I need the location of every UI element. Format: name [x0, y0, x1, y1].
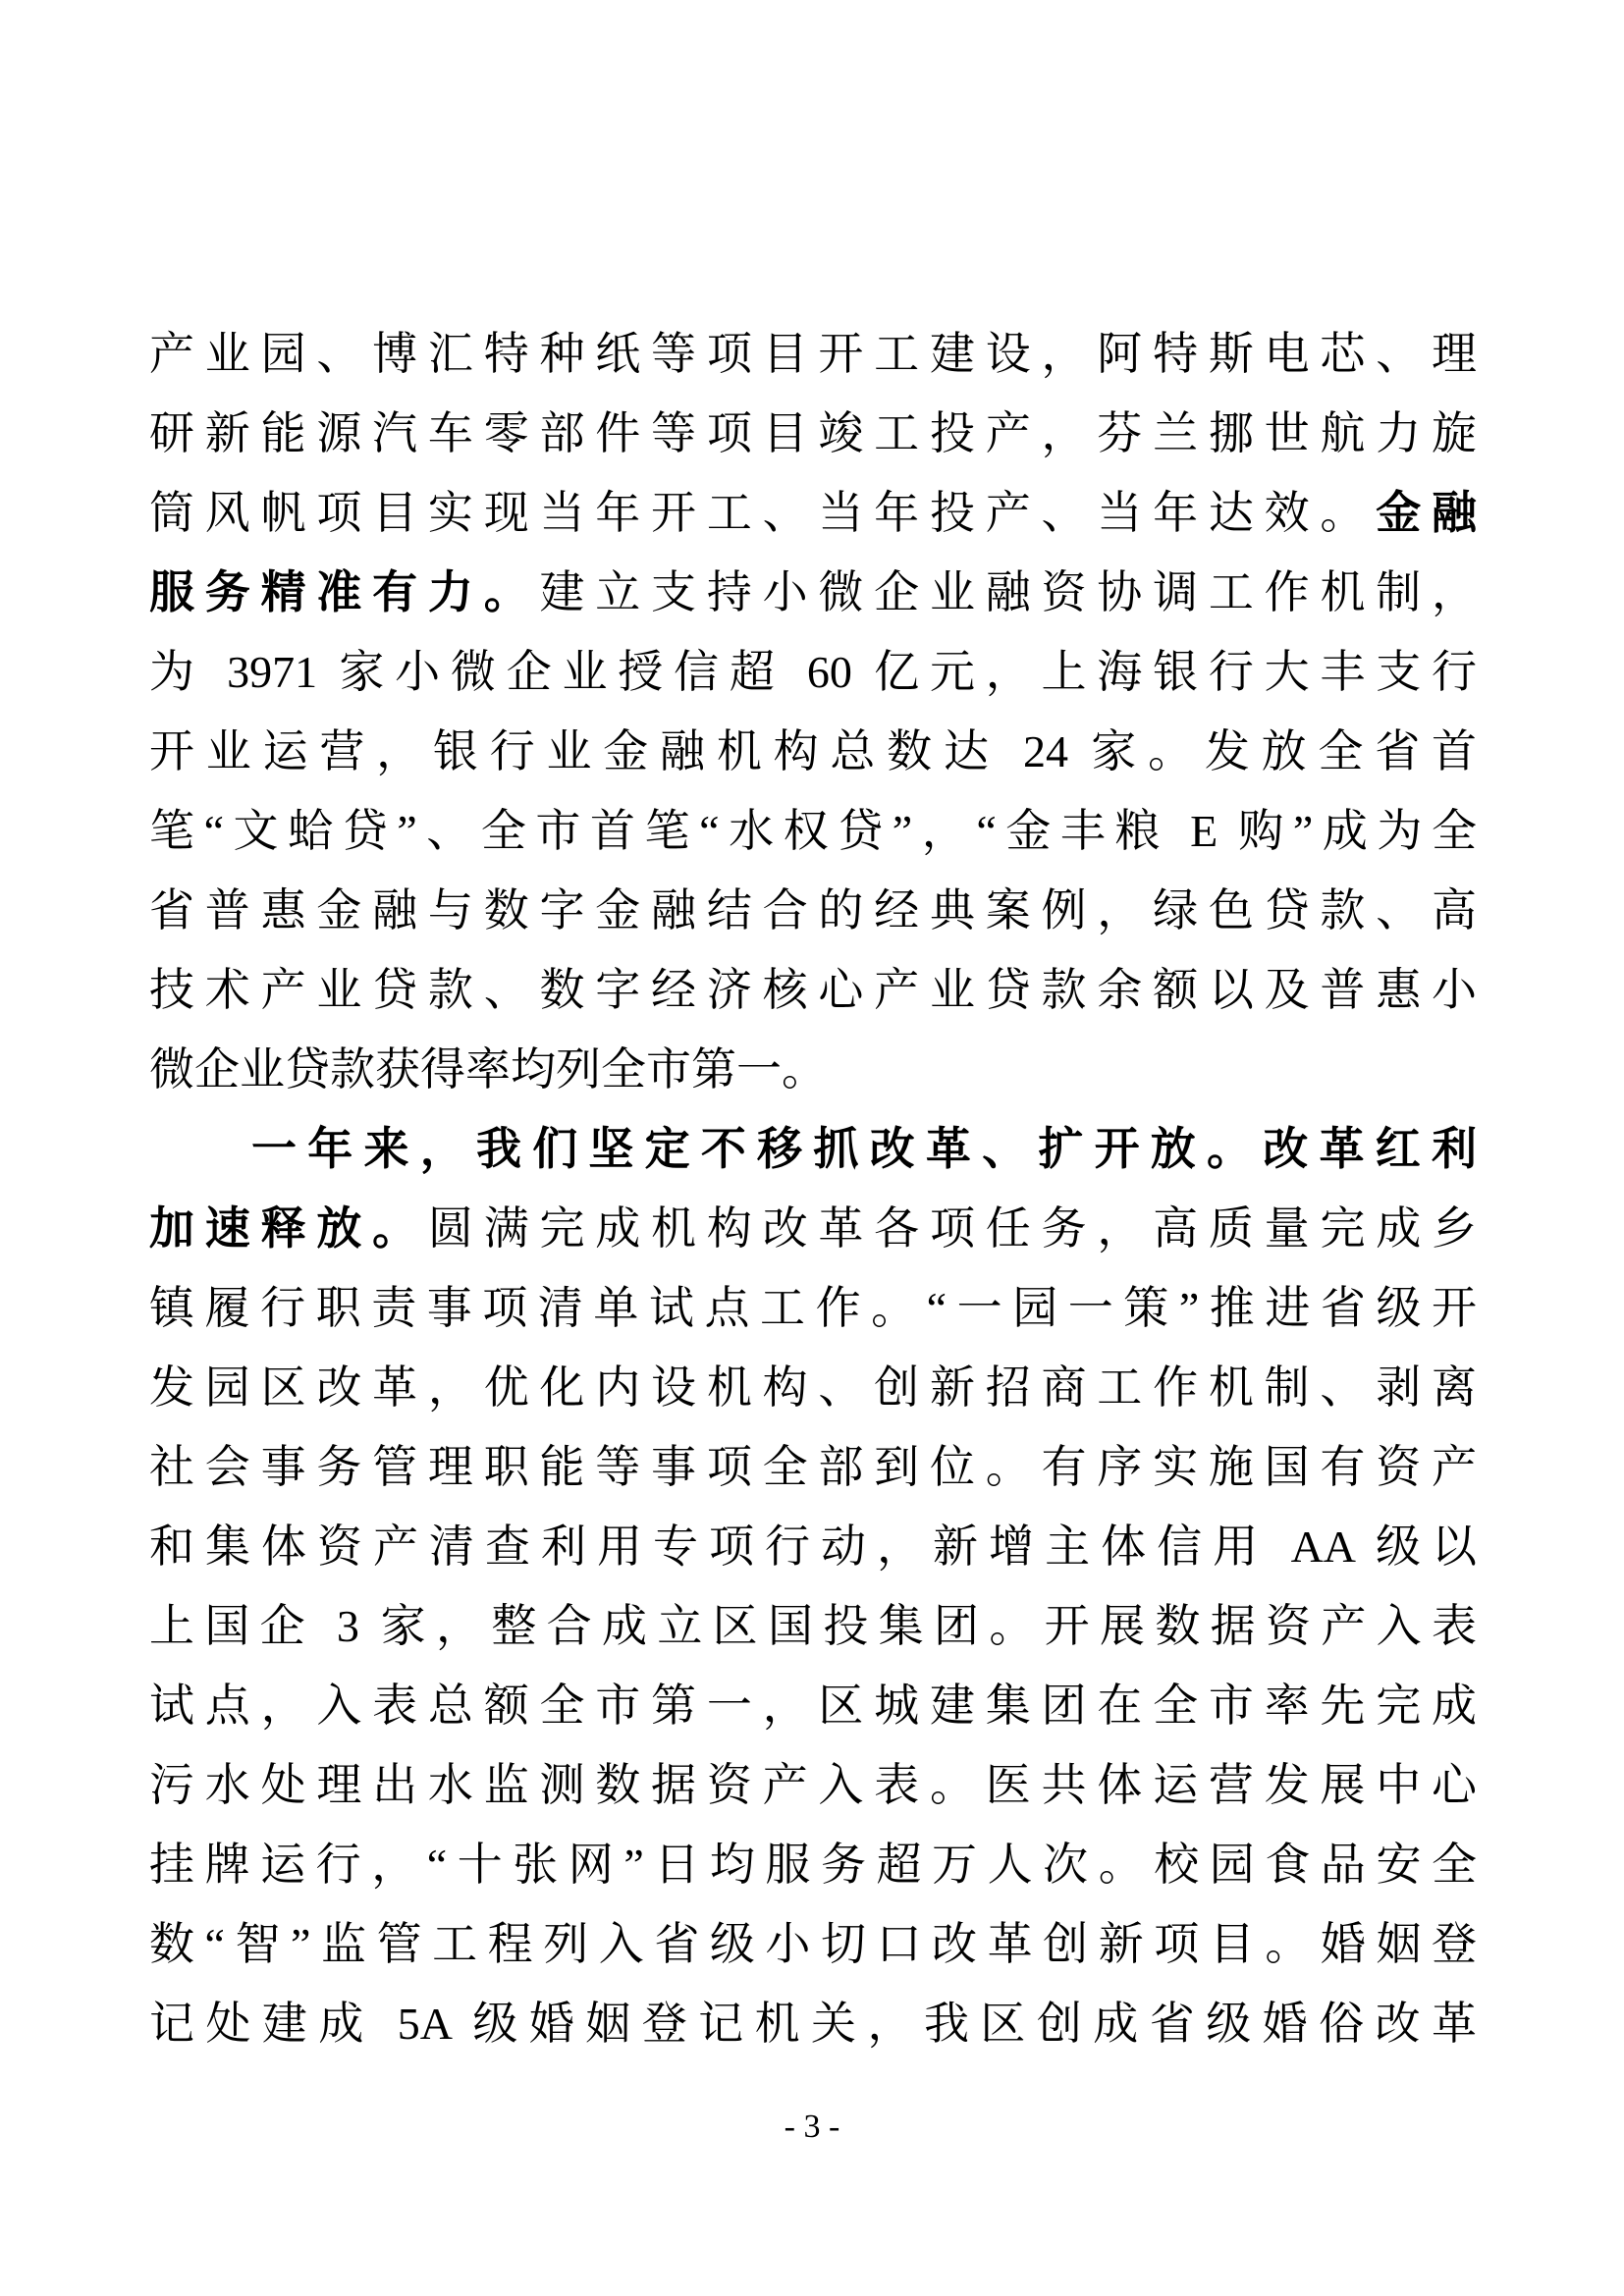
text-line: 试点，入表总额全市第一，区城建集团在全市率先完成	[149, 1666, 1477, 1745]
text-line: 一年来，我们坚定不移抓改革、扩开放。改革红利	[149, 1109, 1477, 1189]
text-run-song: 上国企 3 家，整合成立区国投集团。开展数据资产入表	[149, 1601, 1477, 1651]
text-line: 数“智”监管工程列入省级小切口改革创新项目。婚姻登	[149, 1904, 1477, 1984]
text-run-song: 筒风帆项目实现当年开工、当年投产、当年达效。	[149, 488, 1376, 538]
text-line: 服务精准有力。建立支持小微企业融资协调工作机制，	[149, 553, 1477, 632]
text-line: 笔“文蛤贷”、全市首笔“水权贷”，“金丰粮 E 购”成为全	[149, 791, 1477, 871]
text-run-song: 建立支持小微企业融资协调工作机制，	[539, 567, 1477, 617]
text-run-song: 技术产业贷款、数字经济核心产业贷款余额以及普惠小	[149, 965, 1477, 1015]
text-run-kai: 改革红利	[1263, 1124, 1477, 1174]
text-run-song: 挂牌运行，“十张网”日均服务超万人次。校园食品安全	[149, 1840, 1477, 1890]
text-run-song: 微企业贷款获得率均列全市第一。	[149, 1044, 827, 1095]
text-line: 技术产业贷款、数字经济核心产业贷款余额以及普惠小	[149, 950, 1477, 1030]
text-run-hei: 一年来，我们坚定不移抓改革、扩开放。	[251, 1123, 1263, 1174]
page-number: - 3 -	[785, 2109, 840, 2145]
text-line: 挂牌运行，“十张网”日均服务超万人次。校园食品安全	[149, 1825, 1477, 1904]
text-line: 加速释放。圆满完成机构改革各项任务，高质量完成乡	[149, 1189, 1477, 1268]
text-line: 筒风帆项目实现当年开工、当年投产、当年达效。金融	[149, 473, 1477, 553]
text-run-kai: 服务精准有力。	[149, 567, 539, 617]
page-footer: - 3 -	[0, 2109, 1624, 2146]
text-run-song: 为 3971 家小微企业授信超 60 亿元，上海银行大丰支行	[149, 647, 1477, 697]
text-run-kai: 加速释放。	[149, 1203, 428, 1254]
text-block: 产业园、博汇特种纸等项目开工建设，阿特斯电芯、理研新能源汽车零部件等项目竣工投产…	[149, 314, 1477, 2063]
text-run-song: 研新能源汽车零部件等项目竣工投产，芬兰挪世航力旋	[149, 408, 1477, 458]
text-line: 微企业贷款获得率均列全市第一。	[149, 1030, 1477, 1109]
text-run-song: 发园区改革，优化内设机构、创新招商工作机制、剥离	[149, 1362, 1477, 1413]
text-run-kai: 金融	[1376, 488, 1477, 538]
text-line: 社会事务管理职能等事项全部到位。有序实施国有资产	[149, 1427, 1477, 1507]
text-line: 污水处理出水监测数据资产入表。医共体运营发展中心	[149, 1745, 1477, 1825]
text-run-song: 污水处理出水监测数据资产入表。医共体运营发展中心	[149, 1760, 1477, 1810]
text-line: 记处建成 5A 级婚姻登记机关，我区创成省级婚俗改革	[149, 1984, 1477, 2063]
text-run-song: 产业园、博汇特种纸等项目开工建设，阿特斯电芯、理	[149, 329, 1477, 379]
text-line: 上国企 3 家，整合成立区国投集团。开展数据资产入表	[149, 1586, 1477, 1666]
text-run-song: 省普惠金融与数字金融结合的经典案例，绿色贷款、高	[149, 885, 1477, 935]
text-run-song: 社会事务管理职能等事项全部到位。有序实施国有资产	[149, 1442, 1477, 1492]
text-line: 产业园、博汇特种纸等项目开工建设，阿特斯电芯、理	[149, 314, 1477, 394]
text-line: 研新能源汽车零部件等项目竣工投产，芬兰挪世航力旋	[149, 394, 1477, 473]
text-run-song: 试点，入表总额全市第一，区城建集团在全市率先完成	[149, 1681, 1477, 1731]
text-run-song: 圆满完成机构改革各项任务，高质量完成乡	[428, 1203, 1477, 1254]
text-line: 镇履行职责事项清单试点工作。“一园一策”推进省级开	[149, 1268, 1477, 1348]
text-line: 为 3971 家小微企业授信超 60 亿元，上海银行大丰支行	[149, 632, 1477, 712]
text-line: 和集体资产清查利用专项行动，新增主体信用 AA 级以	[149, 1507, 1477, 1586]
document-page: 产业园、博汇特种纸等项目开工建设，阿特斯电芯、理研新能源汽车零部件等项目竣工投产…	[0, 0, 1624, 2296]
text-run-song: 和集体资产清查利用专项行动，新增主体信用 AA 级以	[149, 1522, 1477, 1572]
text-line: 省普惠金融与数字金融结合的经典案例，绿色贷款、高	[149, 871, 1477, 950]
text-run-song: 数“智”监管工程列入省级小切口改革创新项目。婚姻登	[149, 1919, 1477, 1969]
text-line: 开业运营，银行业金融机构总数达 24 家。发放全省首	[149, 712, 1477, 791]
text-run-song: 开业运营，银行业金融机构总数达 24 家。发放全省首	[149, 726, 1477, 776]
text-run-song: 笔“文蛤贷”、全市首笔“水权贷”，“金丰粮 E 购”成为全	[149, 806, 1477, 856]
text-run-song: 记处建成 5A 级婚姻登记机关，我区创成省级婚俗改革	[149, 1999, 1477, 2049]
text-run-song: 镇履行职责事项清单试点工作。“一园一策”推进省级开	[149, 1283, 1477, 1333]
text-line: 发园区改革，优化内设机构、创新招商工作机制、剥离	[149, 1348, 1477, 1427]
